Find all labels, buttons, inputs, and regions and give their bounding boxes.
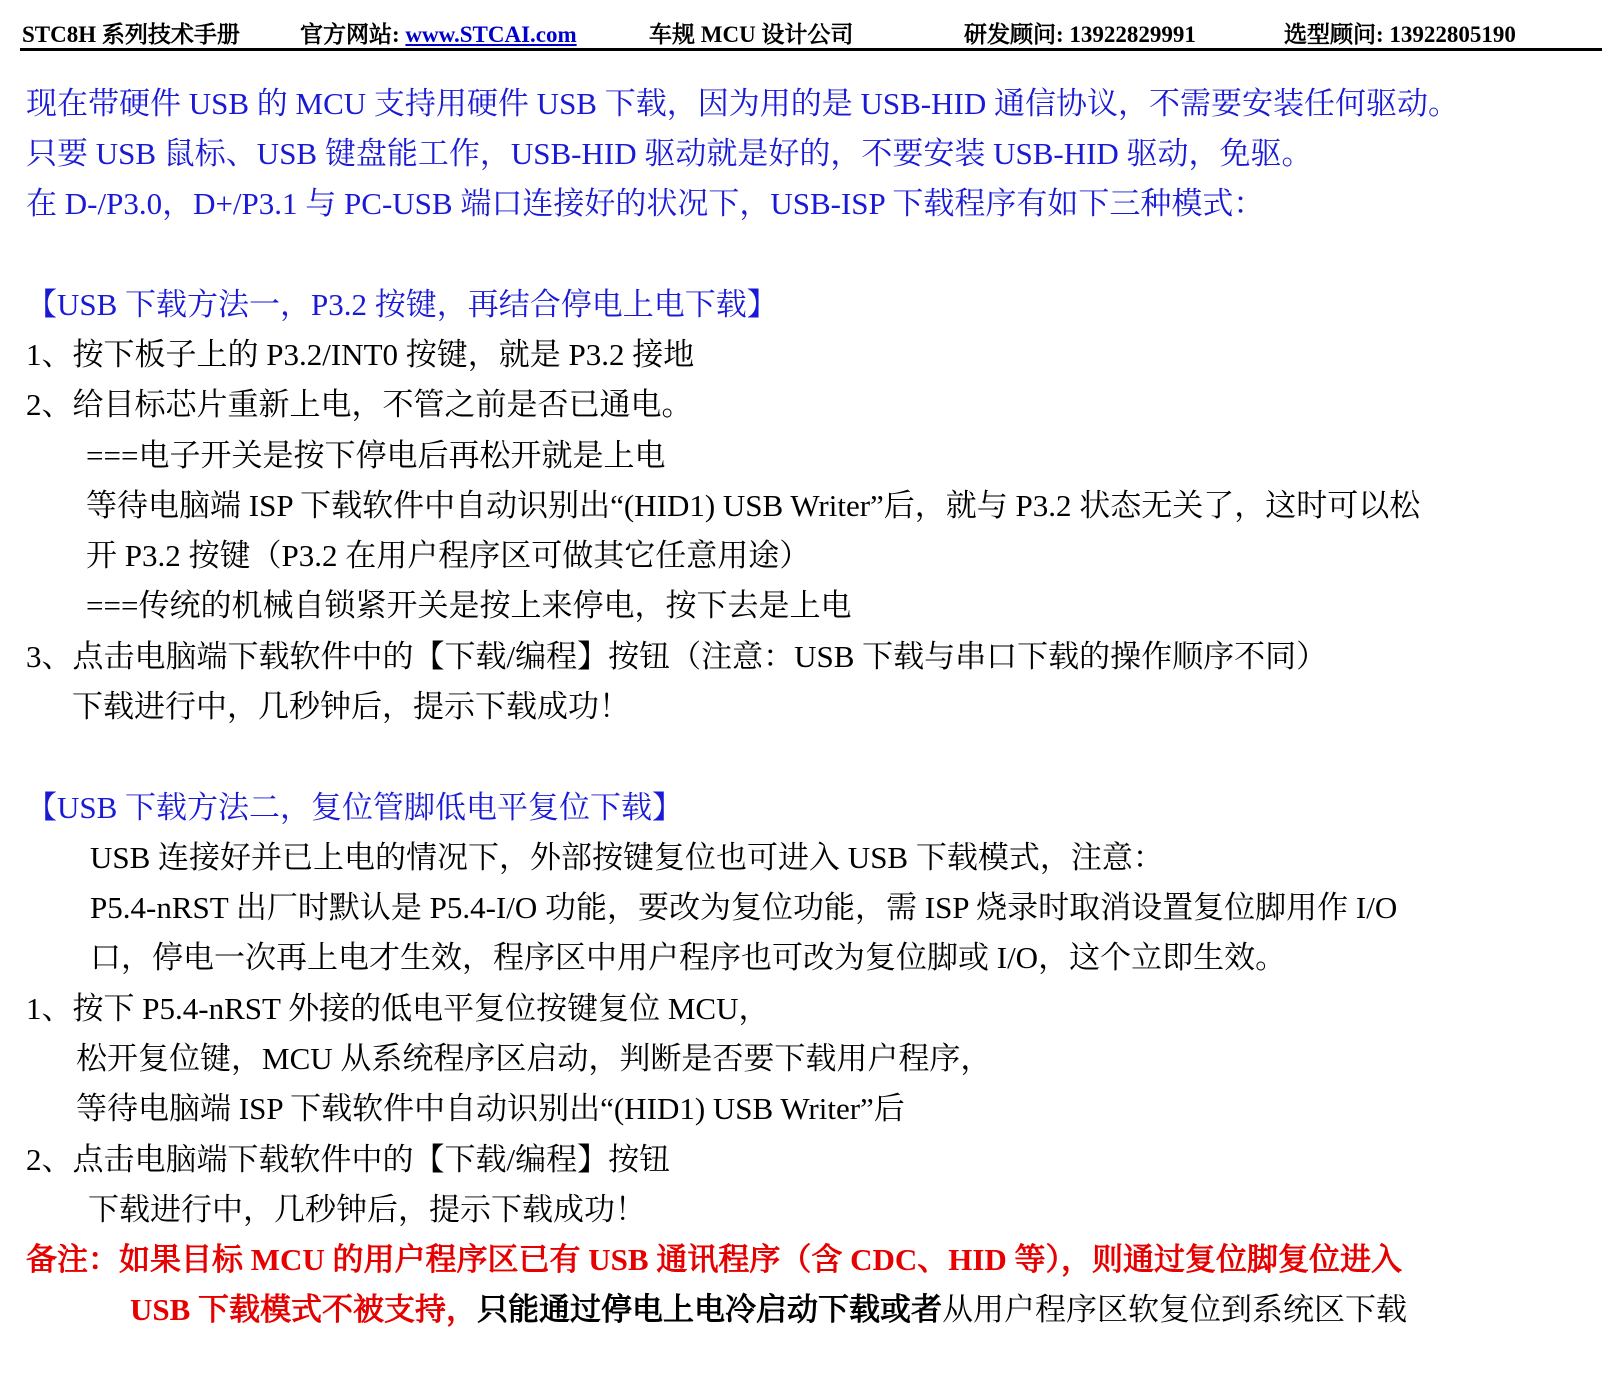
method2-title: 【USB 下载方法二，复位管脚低电平复位下载】 <box>26 788 683 828</box>
method1-note-3: ===传统的机械自锁紧开关是按上来停电，按下去是上电 <box>86 586 851 626</box>
company-tagline: 车规 MCU 设计公司 <box>649 16 853 49</box>
rd-consultant: 研发顾问: 13922829991 <box>964 16 1196 49</box>
website-label: 官方网站: <box>300 22 405 47</box>
method2-desc-1: USB 连接好并已上电的情况下，外部按键复位也可进入 USB 下载模式，注意： <box>90 838 1164 878</box>
remark-line-2-red: USB 下载模式不被支持， <box>130 1292 477 1327</box>
method1-note-2b: 开 P3.2 按键（P3.2 在用户程序区可做其它任意用途） <box>86 536 810 576</box>
intro-line-1: 现在带硬件 USB 的 MCU 支持用硬件 USB 下载，因为用的是 USB-H… <box>26 84 1459 124</box>
method1-note-1: ===电子开关是按下停电后再松开就是上电 <box>86 436 665 476</box>
remark-line-1: 备注：如果目标 MCU 的用户程序区已有 USB 通讯程序（含 CDC、HID … <box>26 1240 1402 1280</box>
manual-title: STC8H 系列技术手册 <box>22 16 240 49</box>
method1-step-3: 3、点击电脑端下载软件中的【下载/编程】按钮（注意：USB 下载与串口下载的操作… <box>26 637 1327 677</box>
method2-result: 下载进行中，几秒钟后，提示下载成功！ <box>88 1190 646 1230</box>
method1-step-2: 2、给目标芯片重新上电，不管之前是否已通电。 <box>26 385 693 425</box>
method2-desc-2: P5.4-nRST 出厂时默认是 P5.4-I/O 功能，要改为复位功能，需 I… <box>90 888 1397 928</box>
selection-consultant: 选型顾问: 13922805190 <box>1284 16 1516 49</box>
website-link[interactable]: www.STCAI.com <box>405 22 576 47</box>
website: 官方网站: www.STCAI.com <box>300 16 577 49</box>
method2-step-1a: 1、按下 P5.4-nRST 外接的低电平复位按键复位 MCU， <box>26 989 769 1029</box>
method1-result: 下载进行中，几秒钟后，提示下载成功！ <box>72 687 630 727</box>
method2-step-1b: 松开复位键，MCU 从系统程序区启动，判断是否要下载用户程序， <box>76 1039 991 1079</box>
remark-line-2-plain: 从用户程序区软复位到系统区下载 <box>942 1292 1407 1327</box>
header-divider <box>20 48 1602 51</box>
method2-desc-3: 口，停电一次再上电才生效，程序区中用户程序也可改为复位脚或 I/O，这个立即生效… <box>90 938 1286 978</box>
page-header: STC8H 系列技术手册 官方网站: www.STCAI.com 车规 MCU … <box>22 14 1602 50</box>
intro-line-2: 只要 USB 鼠标、USB 键盘能工作，USB-HID 驱动就是好的，不要安装 … <box>26 134 1313 174</box>
method1-step-1: 1、按下板子上的 P3.2/INT0 按键，就是 P3.2 接地 <box>26 335 694 375</box>
method2-step-1c: 等待电脑端 ISP 下载软件中自动识别出“(HID1) USB Writer”后 <box>76 1089 905 1129</box>
method1-title: 【USB 下载方法一，P3.2 按键，再结合停电上电下载】 <box>26 285 778 325</box>
method2-step-2: 2、点击电脑端下载软件中的【下载/编程】按钮 <box>26 1140 670 1180</box>
method1-note-2a: 等待电脑端 ISP 下载软件中自动识别出“(HID1) USB Writer”后… <box>86 486 1420 526</box>
intro-line-3: 在 D-/P3.0，D+/P3.1 与 PC-USB 端口连接好的状况下，USB… <box>26 184 1264 224</box>
remark-line-2-bold: 只能通过停电上电冷启动下载或者 <box>477 1292 942 1327</box>
remark-line-2: USB 下载模式不被支持，只能通过停电上电冷启动下载或者从用户程序区软复位到系统… <box>130 1290 1407 1330</box>
